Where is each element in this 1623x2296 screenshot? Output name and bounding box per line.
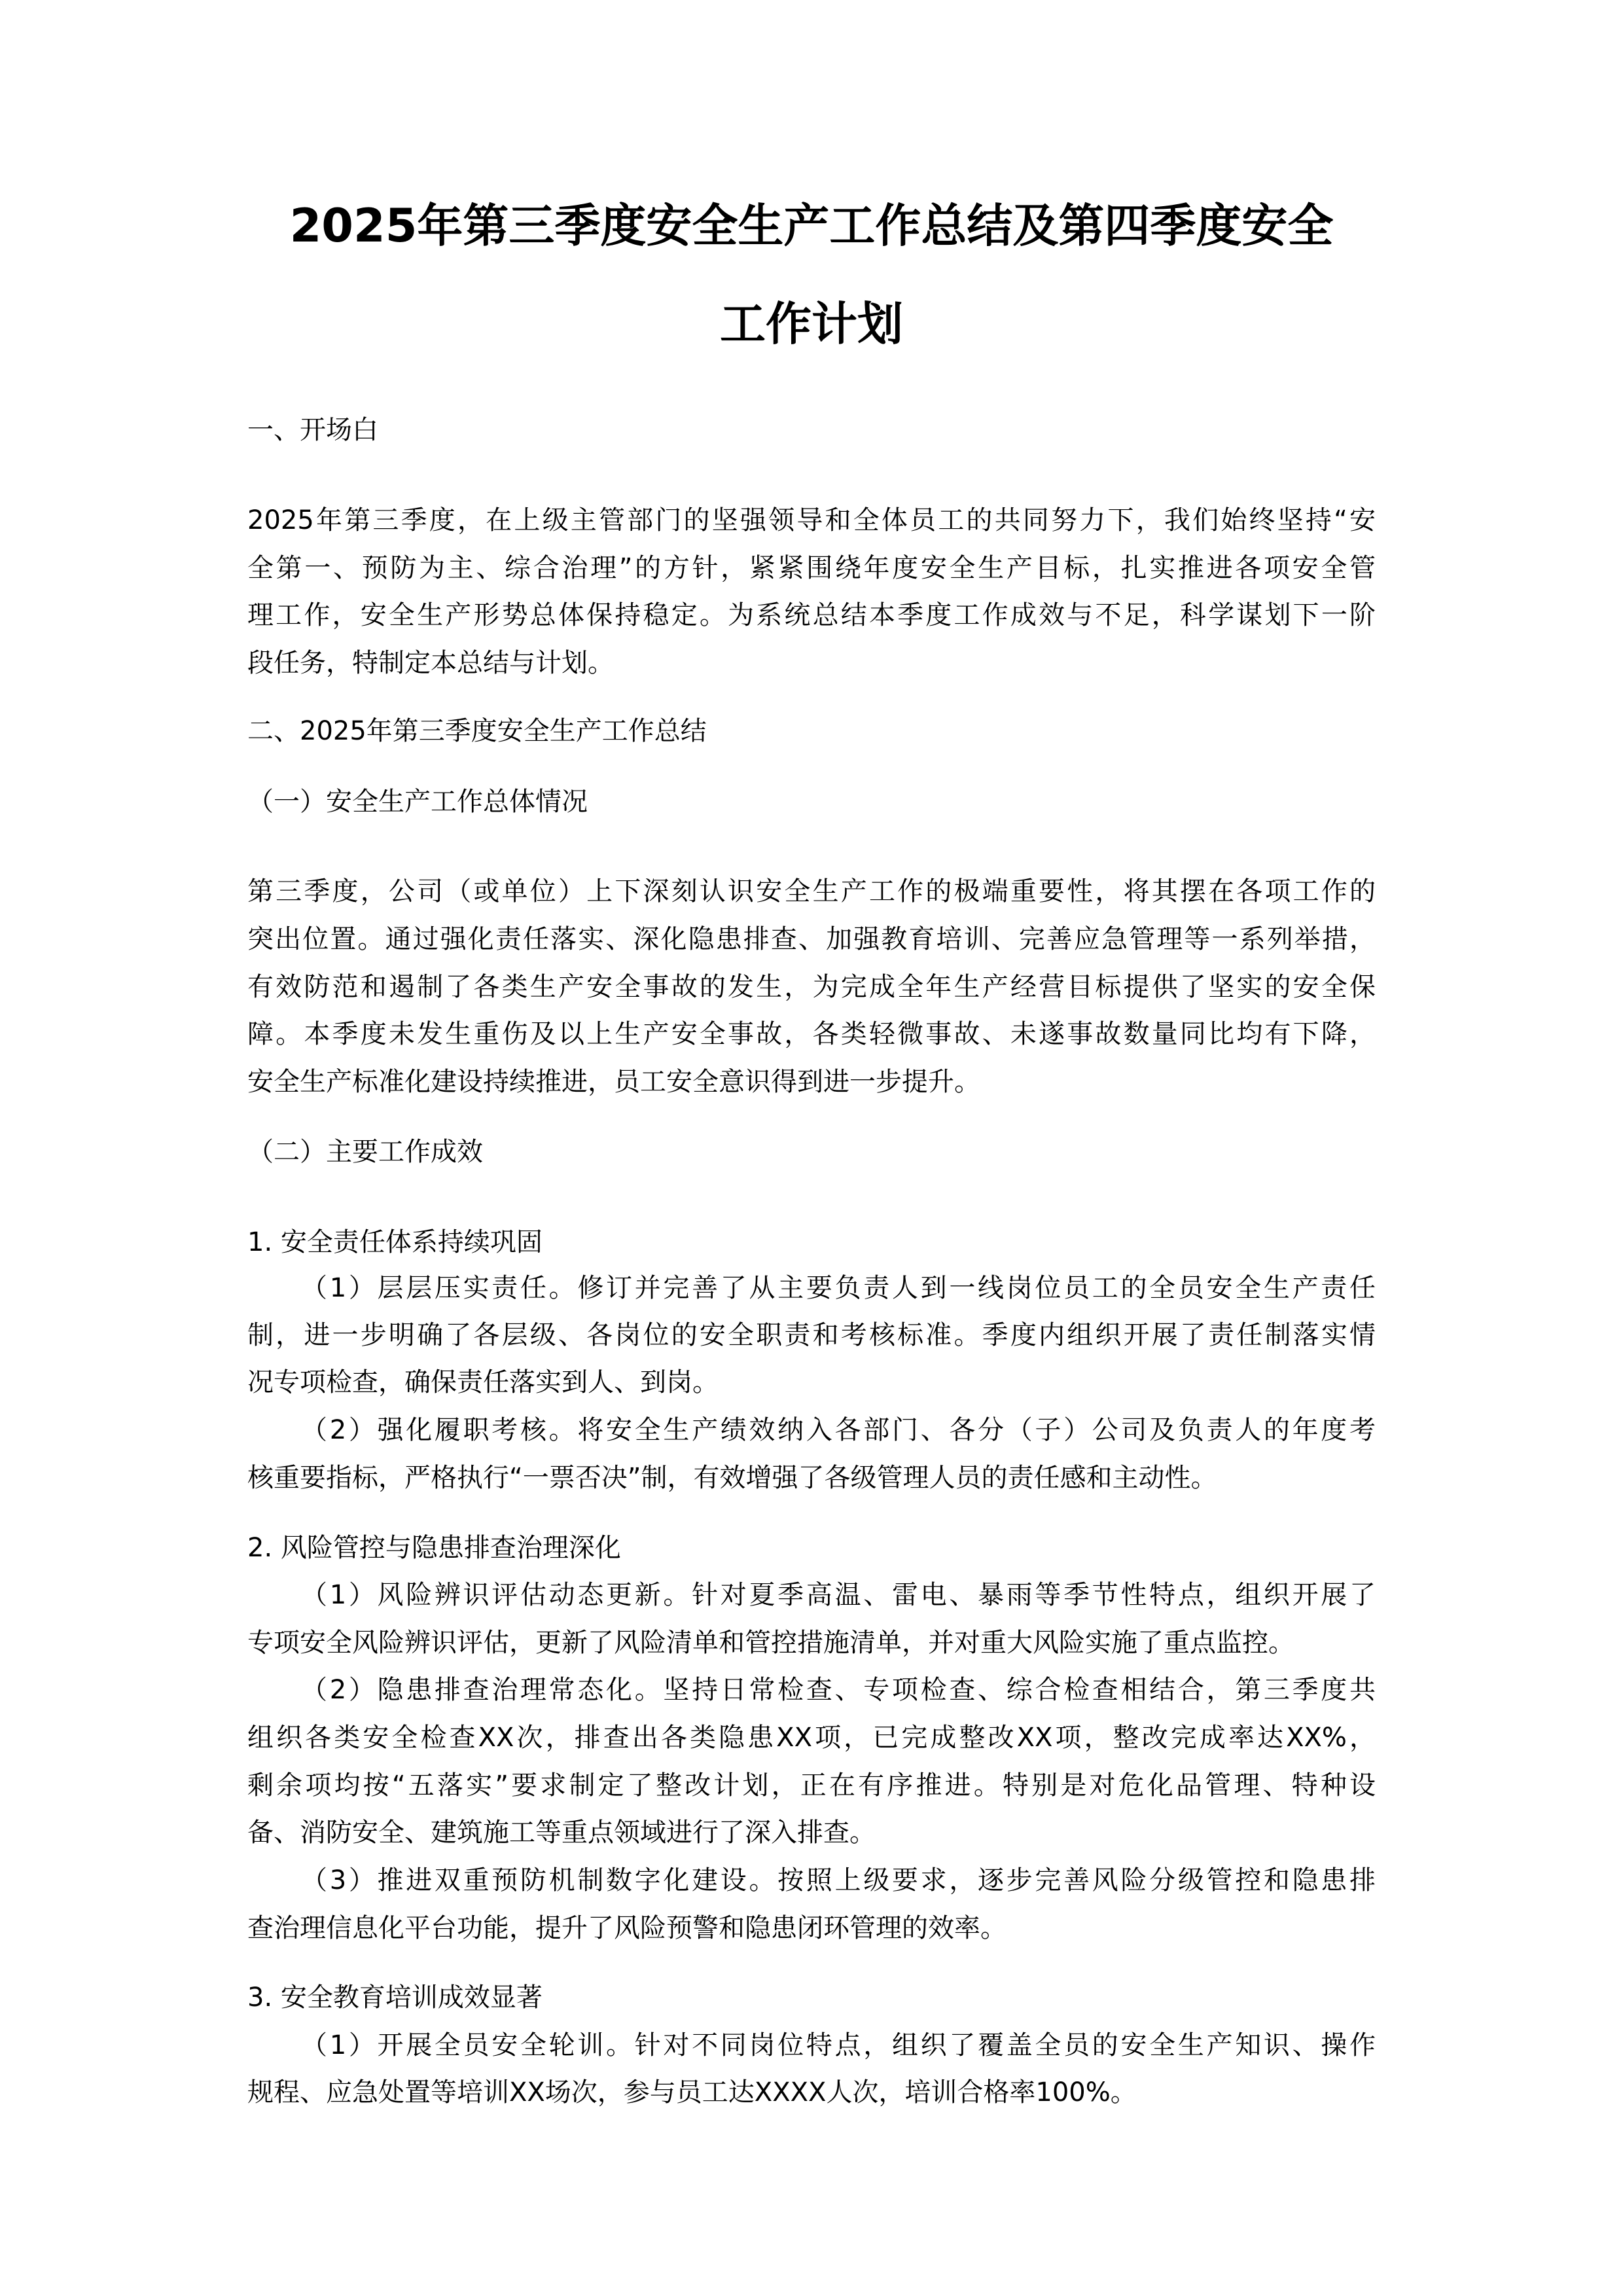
document-page: 2025年第三季度安全生产工作总结及第四季度安全 工作计划 一、开场白 2025… xyxy=(0,0,1623,2296)
paragraph-line: （1）开展全员安全轮训。针对不同岗位特点，组织了覆盖全员的安全生产知识、操作 xyxy=(301,2027,1376,2064)
paragraph-line: 制，进一步明确了各层级、各岗位的安全职责和考核标准。季度内组织开展了责任制落实情 xyxy=(247,1317,1376,1354)
paragraph-line: （1）风险辨识评估动态更新。针对夏季高温、雷电、暴雨等季节性特点，组织开展了 xyxy=(301,1577,1376,1613)
paragraph-line: 段任务，特制定本总结与计划。 xyxy=(247,645,1376,681)
paragraph-line: （2）强化履职考核。将安全生产绩效纳入各部门、各分（子）公司及负责人的年度考 xyxy=(301,1412,1376,1448)
paragraph-line: 障。本季度未发生重伤及以上生产安全事故，各类轻微事故、未遂事故数量同比均有下降， xyxy=(247,1016,1376,1052)
section-heading-q3-summary: 二、2025年第三季度安全生产工作总结 xyxy=(247,713,1376,749)
paragraph-line: 组织各类安全检查XX次，排查出各类隐患XX项，已完成整改XX项，整改完成率达XX… xyxy=(247,1719,1376,1756)
paragraph-line: 理工作，安全生产形势总体保持稳定。为系统总结本季度工作成效与不足，科学谋划下一阶 xyxy=(247,597,1376,634)
paragraph-line: 核重要指标，严格执行“一票否决”制，有效增强了各级管理人员的责任感和主动性。 xyxy=(247,1460,1376,1496)
item-heading-responsibility: 1. 安全责任体系持续巩固 xyxy=(247,1224,1376,1261)
paragraph-line: （1）层层压实责任。修订并完善了从主要负责人到一线岗位员工的全员安全生产责任 xyxy=(301,1270,1376,1306)
paragraph-line: 安全生产标准化建设持续推进，员工安全意识得到进一步提升。 xyxy=(247,1064,1376,1100)
paragraph-line: 备、消防安全、建筑施工等重点领域进行了深入排查。 xyxy=(247,1814,1376,1851)
paragraph-line: （2）隐患排查治理常态化。坚持日常检查、专项检查、综合检查相结合，第三季度共 xyxy=(301,1672,1376,1708)
paragraph-line: 2025年第三季度，在上级主管部门的坚强领导和全体员工的共同努力下，我们始终坚持… xyxy=(247,502,1376,539)
paragraph-line: 规程、应急处置等培训XX场次，参与员工达XXXX人次，培训合格率100%。 xyxy=(247,2074,1376,2111)
subsection-heading-overall: （一）安全生产工作总体情况 xyxy=(247,783,1376,820)
document-title-line-2: 工作计划 xyxy=(196,295,1427,353)
paragraph-line: 况专项检查，确保责任落实到人、到岗。 xyxy=(247,1364,1376,1401)
subsection-heading-achievements: （二）主要工作成效 xyxy=(247,1134,1376,1170)
paragraph-line: 第三季度，公司（或单位）上下深刻认识安全生产工作的极端重要性，将其摆在各项工作的 xyxy=(247,873,1376,910)
item-heading-training: 3. 安全教育培训成效显著 xyxy=(247,1979,1376,2016)
item-heading-risk-control: 2. 风险管控与隐患排查治理深化 xyxy=(247,1530,1376,1566)
paragraph-line: 有效防范和遏制了各类生产安全事故的发生，为完成全年生产经营目标提供了坚实的安全保 xyxy=(247,969,1376,1005)
paragraph-line: （3）推进双重预防机制数字化建设。按照上级要求，逐步完善风险分级管控和隐患排 xyxy=(301,1862,1376,1899)
paragraph-line: 全第一、预防为主、综合治理”的方针，紧紧围绕年度安全生产目标，扎实推进各项安全管 xyxy=(247,550,1376,586)
paragraph-line: 查治理信息化平台功能，提升了风险预警和隐患闭环管理的效率。 xyxy=(247,1910,1376,1946)
paragraph-line: 剩余项均按“五落实”要求制定了整改计划，正在有序推进。特别是对危化品管理、特种设 xyxy=(247,1767,1376,1804)
paragraph-line: 专项安全风险辨识评估，更新了风险清单和管控措施清单，并对重大风险实施了重点监控。 xyxy=(247,1624,1376,1661)
paragraph-line: 突出位置。通过强化责任落实、深化隐患排查、加强教育培训、完善应急管理等一系列举措… xyxy=(247,921,1376,958)
document-title-line-1: 2025年第三季度安全生产工作总结及第四季度安全 xyxy=(196,196,1427,255)
section-heading-opening: 一、开场白 xyxy=(247,412,1376,448)
